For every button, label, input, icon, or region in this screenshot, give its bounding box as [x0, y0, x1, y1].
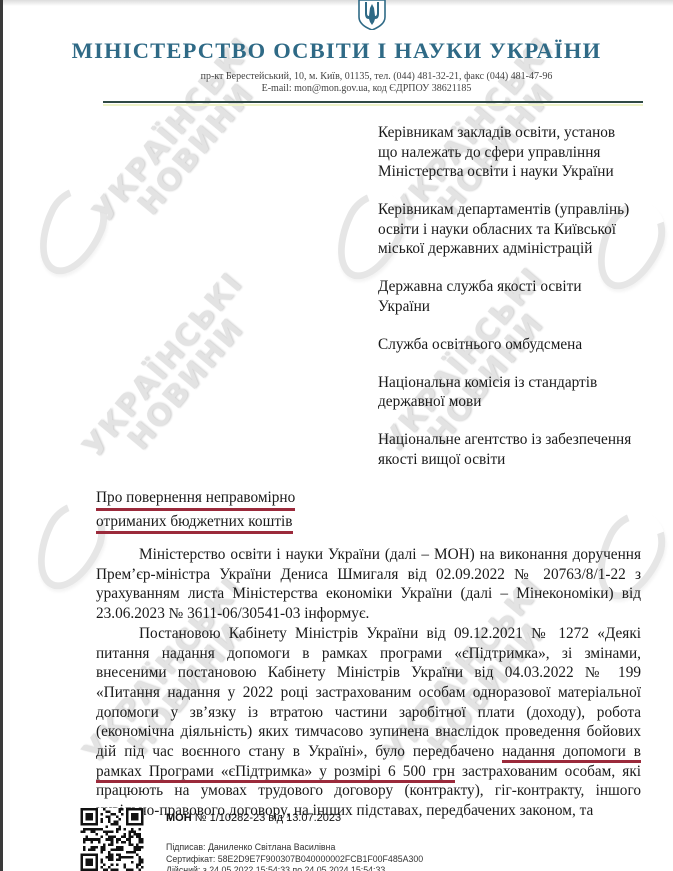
recipient: Державна служба якості освіти України: [378, 277, 668, 316]
recipient: Національна комісія із стандартів держав…: [378, 373, 668, 412]
header-divider: [103, 101, 643, 103]
subject-line-1: Про повернення неправомірно: [96, 488, 295, 511]
ministry-contacts: E-mail: mon@mon.gov.ua, код ЄДРПОУ 38621…: [30, 83, 673, 94]
watermark-logo-icon: [25, 177, 118, 286]
e-signature-footer: МОН № 1/10282-23 від 13.07.2023 Підписав…: [78, 808, 673, 871]
recipient: Служба освітнього омбудсмена: [378, 335, 668, 355]
watermark: УКРАЇНСЬКІ НОВИНИ: [88, 33, 282, 248]
header-divider-accent: [103, 104, 643, 106]
body-paragraph-2-text: Постановою Кабінету Міністрів України ві…: [96, 625, 641, 760]
recipient: Національне агентство із забезпечення як…: [378, 430, 668, 469]
letter-body: Міністерство освіти і науки України (дал…: [96, 545, 641, 821]
recipients-block: Керівникам закладів освіти, установ що н…: [378, 123, 668, 488]
page-top-shadow: [0, 0, 673, 6]
subject-line-2: отриманих бюджетних коштів: [96, 512, 293, 535]
body-paragraph-2: Постановою Кабінету Міністрів України ві…: [96, 624, 641, 821]
letter-subject: Про повернення неправомірно отриманих бю…: [96, 488, 295, 535]
ministry-address: пр-кт Берестейський, 10, м. Київ, 01135,…: [40, 71, 673, 82]
recipient: Керівникам закладів освіти, установ що н…: [378, 123, 668, 182]
qr-code-icon: [80, 808, 144, 871]
registration-number: МОН № 1/10282-23 від 13.07.2023: [166, 812, 341, 824]
page-left-border: [0, 0, 3, 871]
ministry-title: МІНІСТЕРСТВО ОСВІТИ І НАУКИ УКРАЇНИ: [0, 38, 673, 64]
certificate-validity: Дійсний: з 24.05.2022 15:54:33 по 24.05.…: [166, 865, 385, 871]
trident-coat-of-arms-icon: [356, 0, 388, 30]
certificate: Сертифікат: 58E2D9E7F900307B040000002FCB…: [166, 854, 423, 864]
watermark: УКРАЇНСЬКІ НОВИНИ: [78, 268, 272, 483]
body-paragraph-1: Міністерство освіти і науки України (дал…: [96, 545, 641, 624]
signed-by: Підписав: Даниленко Світлана Василівна: [166, 842, 335, 852]
recipient: Керівникам департаментів (управлінь) осв…: [378, 200, 668, 259]
